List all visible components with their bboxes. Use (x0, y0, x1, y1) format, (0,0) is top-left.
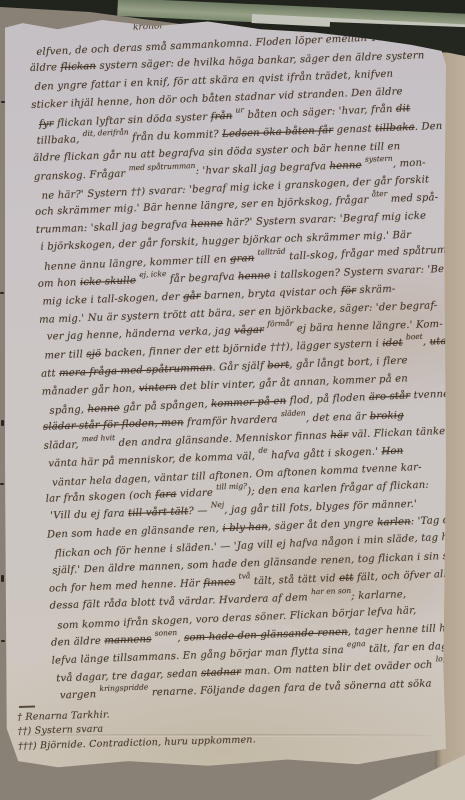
interlinear-insert: systern (365, 153, 393, 163)
handwritten-words: vidare (176, 488, 216, 500)
handwritten-words: tält, far en dag, (365, 641, 451, 655)
struck-words: sjö (86, 349, 101, 361)
interlinear-insert: förmår (267, 319, 293, 329)
handwritten-words: och for hem med henne. Här (49, 578, 204, 595)
handwritten-words: : 'hvar skall jag begrafva (195, 161, 329, 177)
handwritten-words: att (41, 368, 59, 380)
handwritten-words: genast (333, 123, 375, 136)
interlinear-insert: egna (347, 639, 366, 649)
handwritten-words: . Går själf (212, 360, 267, 373)
handwritten-words: tvenne (410, 388, 449, 401)
handwritten-words: fält, och öfver alla (353, 569, 453, 584)
handwritten-words: vargen (60, 689, 100, 701)
struck-words: som hade den glänsande renen (184, 627, 348, 644)
struck-words: från (210, 110, 232, 122)
struck-words: stadnar (201, 666, 241, 678)
interlinear-insert: boet (406, 332, 423, 342)
handwritten-words: , går långt bort, i flere (289, 355, 408, 370)
struck-words: icke skulle (80, 275, 136, 288)
struck-words: flickan (60, 61, 96, 73)
struck-words: bort (267, 360, 289, 372)
handwritten-words: framför hvardera (183, 414, 281, 428)
interlinear-insert: sonen (155, 628, 178, 638)
handwritten-words: om hon (38, 277, 81, 290)
interlinear-insert: kringspridde (99, 682, 148, 693)
struck-words: i bly han (222, 522, 268, 535)
manuscript-body: elfven, de och deras små sammankomna. Fl… (29, 27, 465, 706)
margin-mark (1, 575, 4, 582)
struck-words: fara (155, 489, 177, 501)
handwritten-words: slädar, (44, 439, 83, 451)
handwritten-words: med spå- (387, 193, 438, 206)
struck-words: gran (230, 253, 255, 265)
struck-words: henne (191, 218, 224, 230)
margin-mark (1, 101, 5, 103)
handwritten-words: granskog. Frågar (34, 168, 129, 182)
margin-mark (1, 420, 4, 426)
handwritten-words: flod, på floden (286, 392, 369, 407)
handwritten-words: går på spången, (119, 399, 211, 414)
struck-words: karlen (377, 517, 411, 529)
handwritten-words: ; karlarne, (351, 589, 406, 602)
handwritten-words: , mon- (393, 157, 426, 169)
handwritten-words: från du kommit? (129, 129, 223, 143)
struck-words: vågar (234, 325, 264, 337)
struck-words: äro står (369, 390, 411, 403)
struck-words: Ledsen öka båten får (222, 125, 334, 140)
table-highlight (370, 755, 465, 800)
handwritten-words: Den som hade en glänsande ren, (47, 524, 223, 541)
struck-words: vintern (139, 382, 177, 394)
struck-words: mera fråga med spåtrumman (59, 362, 213, 379)
margin-mark (1, 640, 5, 642)
handwritten-words: tält, stå tätt vid (250, 573, 339, 587)
struck-words: tillbaka (375, 122, 415, 134)
handwritten-words: mig icke i tall-skogen, der (42, 292, 183, 308)
struck-words: brokig (370, 410, 404, 422)
struck-words: fyr (39, 118, 54, 130)
struck-words: här (330, 429, 348, 441)
handwritten-words: , säger åt den yngre (268, 518, 378, 533)
handwritten-words: månader går hon, (42, 383, 139, 398)
handwritten-words: ver jag henne, händerna verka, jag (47, 326, 235, 343)
margin-mark (0, 483, 4, 485)
manuscript-footnotes: † Renarna Tarkhir.††) Systern svara†††) … (17, 694, 438, 754)
handwritten-words: ††) Systern svara (18, 724, 104, 737)
struck-words: henne (238, 271, 271, 283)
interlinear-insert: de (258, 445, 268, 454)
manuscript-photo: { "page": { "number": "575", "inserts_to… (0, 0, 465, 800)
interlinear-insert: till mig? (216, 482, 247, 492)
interlinear-word: kronor (133, 21, 164, 33)
handwritten-words: † Renarna Tarkhir. (17, 709, 110, 723)
interlinear-insert: två (238, 571, 250, 580)
struck-words: till vårt tält (128, 507, 189, 520)
struck-words: slädar står för floden, men (43, 417, 184, 433)
handwritten-words: 'Vill du ej fara (50, 508, 128, 522)
handwritten-words: två dagar, tre dagar, sedan (56, 668, 201, 684)
handwritten-words: hafva gått i skogen.' (268, 446, 382, 461)
interlinear-insert: ur (235, 105, 244, 114)
struck-words: idet (382, 337, 403, 349)
handwritten-words: äldre (30, 62, 61, 74)
interlinear-insert: Nej (211, 500, 225, 509)
handwritten-words: båten och säger: 'hvar, från (244, 103, 396, 120)
handwritten-words: lar från skogen (och (46, 490, 156, 505)
handwritten-words: man. Om natten blir det oväder och (241, 659, 436, 677)
handwritten-words: ? — (188, 506, 211, 518)
interlinear-insert: släden (281, 408, 306, 418)
handwritten-words: flickan lyftar sin döda syster (53, 111, 210, 129)
handwritten-words: tillbaka, (36, 134, 83, 147)
struck-words: henne (329, 159, 362, 171)
interlinear-insert: med spåtrumman (128, 161, 195, 172)
handwritten-words: skräm- (356, 284, 396, 296)
handwritten-words: . Den (415, 121, 443, 133)
handwritten-words: spång, (49, 404, 88, 417)
margin-mark (0, 292, 4, 294)
handwritten-words: den äldre (51, 636, 105, 649)
handwritten-words: i tallskogen? Systern svarar: 'Begraf (270, 263, 465, 281)
manuscript-sheet: floden kronor 575 elfven, de och deras s… (5, 3, 446, 775)
struck-words: för (341, 285, 357, 297)
struck-words: går (183, 291, 201, 303)
footnote-separator (19, 705, 35, 707)
interlinear-insert: ej, icke (139, 269, 166, 279)
interlinear-insert: dit, derifrån (83, 127, 129, 138)
interlinear-insert: har en son (311, 586, 351, 596)
handwritten-words: tall-skog, frågar med spåtrumman, (286, 244, 465, 263)
handwritten-words: får begrafva (166, 272, 238, 286)
struck-words: Hon (381, 445, 403, 457)
struck-words: ett (339, 573, 354, 585)
struck-words: henne (87, 403, 120, 415)
struck-words: kommer på en (211, 395, 287, 409)
handwritten-words: mer till (44, 349, 86, 362)
handwritten-words: barnen, bryta qvistar och (201, 286, 342, 302)
handwritten-words: , jag går till fots, blyges för männer.' (224, 499, 417, 516)
interlinear-insert: med hvit (82, 433, 116, 443)
struck-words: mannens (104, 634, 152, 647)
struck-words: dit (396, 103, 411, 115)
struck-words: finnes (203, 577, 235, 589)
handwritten-words: , det ena är (306, 411, 370, 424)
interlinear-insert: åter (372, 189, 388, 199)
interlinear-insert: tallträd (257, 247, 286, 257)
